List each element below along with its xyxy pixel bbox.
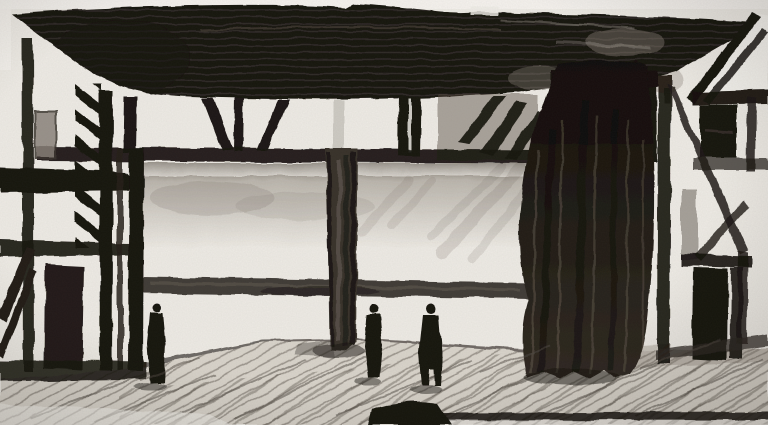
sketch-canvas: Expressionist architectural sketch of a … (0, 0, 768, 425)
sketch-svg: Expressionist architectural sketch of a … (0, 0, 768, 425)
vignette (0, 0, 768, 425)
